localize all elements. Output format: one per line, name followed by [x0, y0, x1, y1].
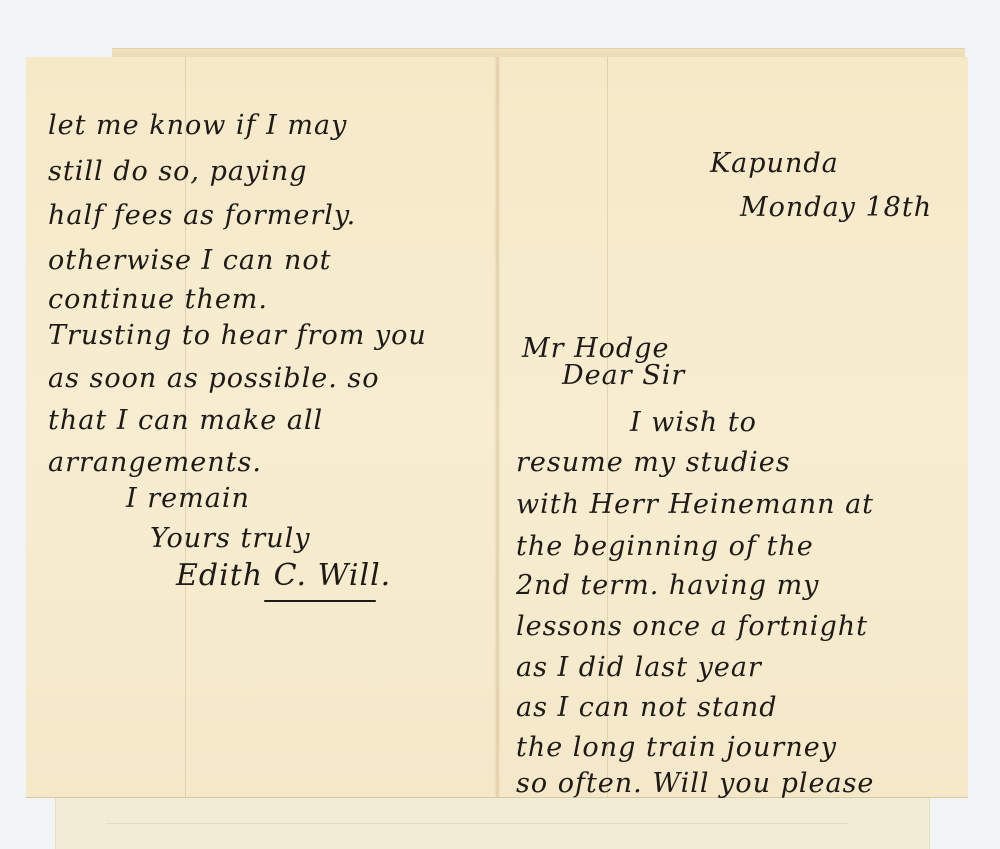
letter-line: lessons once a fortnight	[516, 613, 868, 640]
letter-line: I wish to	[630, 409, 757, 436]
closing-remain: I remain	[126, 485, 250, 512]
closing-yours-truly: Yours truly	[150, 525, 311, 552]
letter-line: continue them.	[48, 286, 268, 313]
salutation: Dear Sir	[562, 362, 685, 389]
letter-line: the beginning of the	[516, 533, 814, 560]
letter-sheet: let me know if I may still do so, paying…	[26, 57, 968, 797]
letter-line: arrangements.	[48, 449, 262, 476]
letter-line: Trusting to hear from you	[48, 322, 427, 349]
place-heading: Kapunda	[710, 150, 839, 177]
letter-line: half fees as formerly.	[48, 202, 356, 229]
right-page: Kapunda Monday 18th Mr Hodge Dear Sir I …	[498, 57, 968, 797]
letter-line: resume my studies	[516, 449, 791, 476]
faint-ruled-line	[106, 823, 849, 824]
letter-line: still do so, paying	[48, 158, 308, 185]
letter-line: the long train journey	[516, 734, 837, 761]
letter-line: otherwise I can not	[48, 247, 331, 274]
addressee: Mr Hodge	[522, 335, 669, 362]
letter-line: that I can make all	[48, 407, 323, 434]
letter-line: 2nd term. having my	[516, 572, 819, 599]
signature-underline	[264, 600, 376, 602]
date-heading: Monday 18th	[740, 194, 932, 221]
letter-line: as I can not stand	[516, 694, 778, 721]
letter-line: so often. Will you please	[516, 770, 874, 797]
signature: Edith C. Will.	[176, 561, 391, 591]
letter-line: with Herr Heinemann at	[516, 491, 874, 518]
letter-line: as soon as possible. so	[48, 365, 379, 392]
letter-line: let me know if I may	[48, 112, 347, 139]
letter-line: as I did last year	[516, 654, 762, 681]
left-page: let me know if I may still do so, paying…	[26, 57, 496, 797]
underlying-sheet	[55, 795, 930, 849]
